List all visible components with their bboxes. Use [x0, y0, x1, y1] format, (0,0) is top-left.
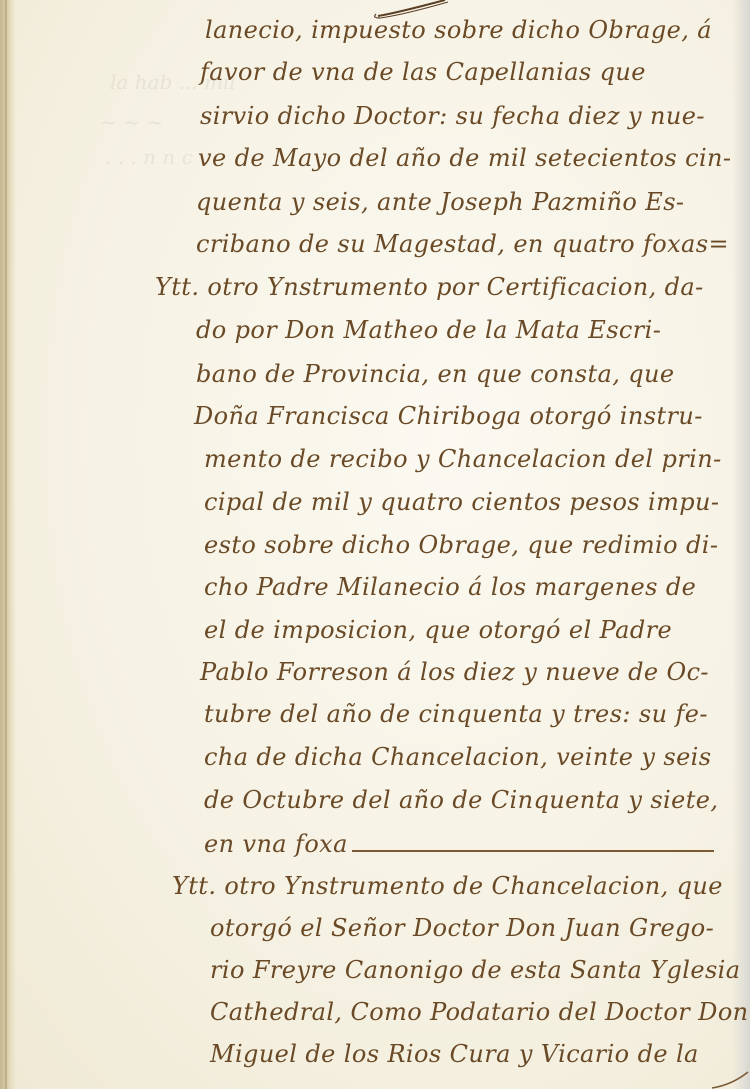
manuscript-line: tubre del año de cinquenta y tres: su fe…: [204, 700, 708, 728]
manuscript-line: bano de Provincia, en que consta, que: [196, 360, 675, 388]
manuscript-line: rio Freyre Canonigo de esta Santa Yglesi…: [210, 956, 740, 984]
manuscript-line: cho Padre Milanecio á los margenes de: [204, 573, 696, 601]
manuscript-line: Cathedral, Como Podatario del Doctor Don: [210, 998, 749, 1026]
manuscript-line: esto sobre dicho Obrage, que redimio di-: [204, 531, 718, 559]
manuscript-line: ve de Mayo del año de mil setecientos ci…: [198, 144, 731, 172]
manuscript-line: cha de dicha Chancelacion, veinte y seis: [204, 743, 711, 771]
manuscript-line: Pablo Forreson á los diez y nueve de Oc-: [200, 658, 709, 686]
manuscript-line: Ytt. otro Ynstrumento por Certificacion,…: [155, 273, 704, 301]
page-edge-shadow: [732, 0, 750, 1089]
manuscript-line: en vna foxa: [204, 830, 348, 858]
manuscript-line: lanecio, impuesto sobre dicho Obrage, á: [205, 16, 712, 44]
manuscript-line: favor de vna de las Capellanias que: [200, 58, 646, 86]
manuscript-line: cribano de su Magestad, en quatro foxas=: [196, 230, 729, 258]
manuscript-line: de Octubre del año de Cinquenta y siete,: [204, 786, 718, 814]
manuscript-line: quenta y seis, ante Joseph Pazmiño Es-: [196, 188, 684, 216]
manuscript-line: Ytt. otro Ynstrumento de Chancelacion, q…: [172, 872, 723, 900]
manuscript-page: la hab ... mil ~ ~ ~ . . . n n c lanecio…: [0, 0, 750, 1089]
show-through-text: ~ ~ ~: [100, 110, 163, 134]
manuscript-line: sirvio dicho Doctor: su fecha diez y nue…: [200, 102, 705, 130]
manuscript-line: mento de recibo y Chancelacion del prin-: [204, 445, 722, 473]
manuscript-line: otorgó el Señor Doctor Don Juan Grego-: [210, 914, 714, 942]
show-through-text: . . . n n c: [105, 145, 193, 169]
binding-edge: [0, 0, 16, 1089]
line-filler-rule: [352, 850, 714, 852]
manuscript-line: Miguel de los Rios Cura y Vicario de la: [210, 1040, 699, 1068]
manuscript-line: el de imposicion, que otorgó el Padre: [204, 616, 672, 644]
manuscript-line: cipal de mil y quatro cientos pesos impu…: [204, 488, 719, 516]
catchword-flourish-icon: [710, 1070, 750, 1089]
manuscript-line: Doña Francisca Chiriboga otorgó instru-: [194, 402, 703, 430]
manuscript-line: do por Don Matheo de la Mata Escri-: [196, 316, 661, 344]
